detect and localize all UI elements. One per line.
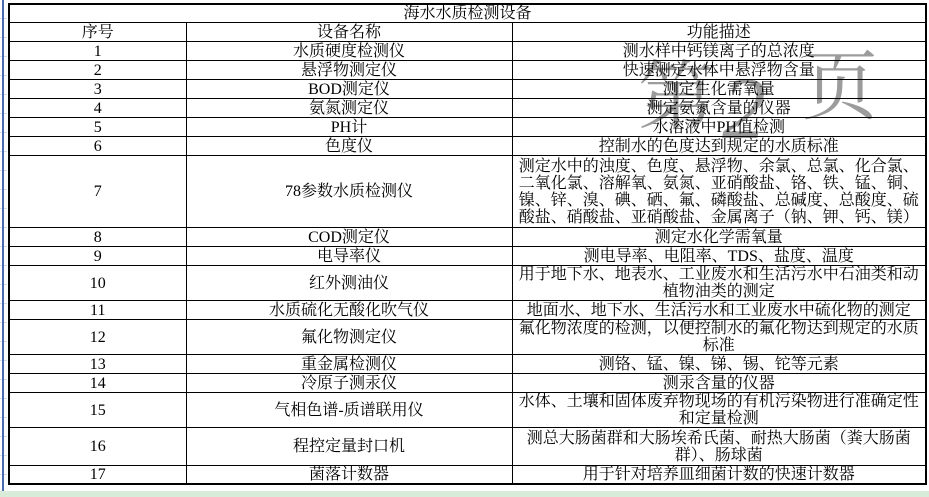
row-number-cell: 8 xyxy=(9,228,186,247)
row-number-cell: 6 xyxy=(9,137,186,156)
table-row: 11 水质硫化无酸化吹气仪 地面水、地下水、生活污水和工业废水中硫化物的测定 xyxy=(9,301,926,320)
row-number-cell: 17 xyxy=(9,466,186,485)
row-number-cell: 15 xyxy=(9,393,186,428)
table-title-row: 海水水质检测设备 xyxy=(9,4,926,23)
function-desc-cell: 测定水化学需氧量 xyxy=(512,228,926,247)
function-desc-cell: 快速测定水体中悬浮物含量 xyxy=(512,61,926,80)
function-desc-cell: 测定氨氮含量的仪器 xyxy=(512,99,926,118)
row-number-cell: 2 xyxy=(9,61,186,80)
table-row: 13 重金属检测仪 测铬、锰、镍、锑、锡、铊等元素 xyxy=(9,355,926,374)
function-desc-cell: 测总大肠菌群和大肠埃希氏菌、耐热大肠菌（粪大肠菌群）、肠球菌 xyxy=(512,428,926,466)
table-row: 4 氨氮测定仪 测定氨氮含量的仪器 xyxy=(9,99,926,118)
row-number-cell: 4 xyxy=(9,99,186,118)
device-name-cell: 氟化物测定仪 xyxy=(186,320,512,355)
function-desc-cell: 测汞含量的仪器 xyxy=(512,374,926,393)
function-desc-cell: 用于地下水、地表水、工业废水和生活污水中石油类和动植物油类的测定 xyxy=(512,266,926,301)
table-row: 8 COD测定仪 测定水化学需氧量 xyxy=(9,228,926,247)
table-row: 1 水质硬度检测仪 测水样中钙镁离子的总浓度 xyxy=(9,42,926,61)
device-name-cell: 红外测油仪 xyxy=(186,266,512,301)
device-name-cell: 电导率仪 xyxy=(186,247,512,266)
function-desc-cell: 控制水的色度达到规定的水质标准 xyxy=(512,137,926,156)
table-row: 7 78参数水质检测仪 测定水中的浊度、色度、悬浮物、余氯、总氯、化合氯、二氧化… xyxy=(9,156,926,228)
function-desc-cell: 地面水、地下水、生活污水和工业废水中硫化物的测定 xyxy=(512,301,926,320)
function-desc-cell: 水体、土壤和固体废弃物现场的有机污染物进行准确定性和定量检测 xyxy=(512,393,926,428)
device-name-cell: 菌落计数器 xyxy=(186,466,512,485)
row-number-cell: 12 xyxy=(9,320,186,355)
row-number-cell: 1 xyxy=(9,42,186,61)
row-number-cell: 10 xyxy=(9,266,186,301)
row-number-cell: 9 xyxy=(9,247,186,266)
row-number-cell: 3 xyxy=(9,80,186,99)
device-name-cell: 悬浮物测定仪 xyxy=(186,61,512,80)
bottom-selection-strip xyxy=(0,491,929,497)
device-name-cell: 气相色谱-质谱联用仪 xyxy=(186,393,512,428)
row-number-cell: 11 xyxy=(9,301,186,320)
table-row: 3 BOD测定仪 测定生化需氧量 xyxy=(9,80,926,99)
table-header-row: 序号 设备名称 功能描述 xyxy=(9,23,926,42)
row-number-cell: 14 xyxy=(9,374,186,393)
column-header-name: 设备名称 xyxy=(186,23,512,42)
device-name-cell: COD测定仪 xyxy=(186,228,512,247)
function-desc-cell: 测铬、锰、镍、锑、锡、铊等元素 xyxy=(512,355,926,374)
table-row: 14 冷原子测汞仪 测汞含量的仪器 xyxy=(9,374,926,393)
table-row: 2 悬浮物测定仪 快速测定水体中悬浮物含量 xyxy=(9,61,926,80)
device-name-cell: PH计 xyxy=(186,118,512,137)
document-page: 第 2 页 海水水质检测设备 序号 设备名称 功能描述 1 水质硬度检测仪 测水… xyxy=(0,0,929,497)
function-desc-cell: 氟化物浓度的检测，以便控制水的氟化物达到规定的水质标准 xyxy=(512,320,926,355)
device-name-cell: 水质硬度检测仪 xyxy=(186,42,512,61)
device-name-cell: 重金属检测仪 xyxy=(186,355,512,374)
device-name-cell: 水质硫化无酸化吹气仪 xyxy=(186,301,512,320)
table-row: 5 PH计 水溶液中PH值检测 xyxy=(9,118,926,137)
left-page-border-line xyxy=(2,0,4,497)
function-desc-cell: 测水样中钙镁离子的总浓度 xyxy=(512,42,926,61)
device-name-cell: 程控定量封口机 xyxy=(186,428,512,466)
row-number-cell: 13 xyxy=(9,355,186,374)
table-row: 15 气相色谱-质谱联用仪 水体、土壤和固体废弃物现场的有机污染物进行准确定性和… xyxy=(9,393,926,428)
device-name-cell: 氨氮测定仪 xyxy=(186,99,512,118)
function-desc-cell: 水溶液中PH值检测 xyxy=(512,118,926,137)
table-row: 10 红外测油仪 用于地下水、地表水、工业废水和生活污水中石油类和动植物油类的测… xyxy=(9,266,926,301)
function-desc-cell: 测电导率、电阻率、TDS、盐度、温度 xyxy=(512,247,926,266)
device-name-cell: 78参数水质检测仪 xyxy=(186,156,512,228)
table-row: 16 程控定量封口机 测总大肠菌群和大肠埃希氏菌、耐热大肠菌（粪大肠菌群）、肠球… xyxy=(9,428,926,466)
row-number-cell: 16 xyxy=(9,428,186,466)
device-name-cell: 冷原子测汞仪 xyxy=(186,374,512,393)
row-number-cell: 5 xyxy=(9,118,186,137)
column-header-no: 序号 xyxy=(9,23,186,42)
equipment-table: 海水水质检测设备 序号 设备名称 功能描述 1 水质硬度检测仪 测水样中钙镁离子… xyxy=(8,3,927,485)
column-header-desc: 功能描述 xyxy=(512,23,926,42)
row-number-cell: 7 xyxy=(9,156,186,228)
function-desc-cell: 用于针对培养皿细菌计数的快速计数器 xyxy=(512,466,926,485)
table-row: 12 氟化物测定仪 氟化物浓度的检测，以便控制水的氟化物达到规定的水质标准 xyxy=(9,320,926,355)
table-row: 17 菌落计数器 用于针对培养皿细菌计数的快速计数器 xyxy=(9,466,926,485)
function-desc-cell: 测定生化需氧量 xyxy=(512,80,926,99)
function-desc-cell: 测定水中的浊度、色度、悬浮物、余氯、总氯、化合氯、二氧化氯、溶解氧、氨氮、亚硝酸… xyxy=(512,156,926,228)
table-row: 6 色度仪 控制水的色度达到规定的水质标准 xyxy=(9,137,926,156)
device-name-cell: 色度仪 xyxy=(186,137,512,156)
table-row: 9 电导率仪 测电导率、电阻率、TDS、盐度、温度 xyxy=(9,247,926,266)
device-name-cell: BOD测定仪 xyxy=(186,80,512,99)
table-title: 海水水质检测设备 xyxy=(9,4,926,23)
